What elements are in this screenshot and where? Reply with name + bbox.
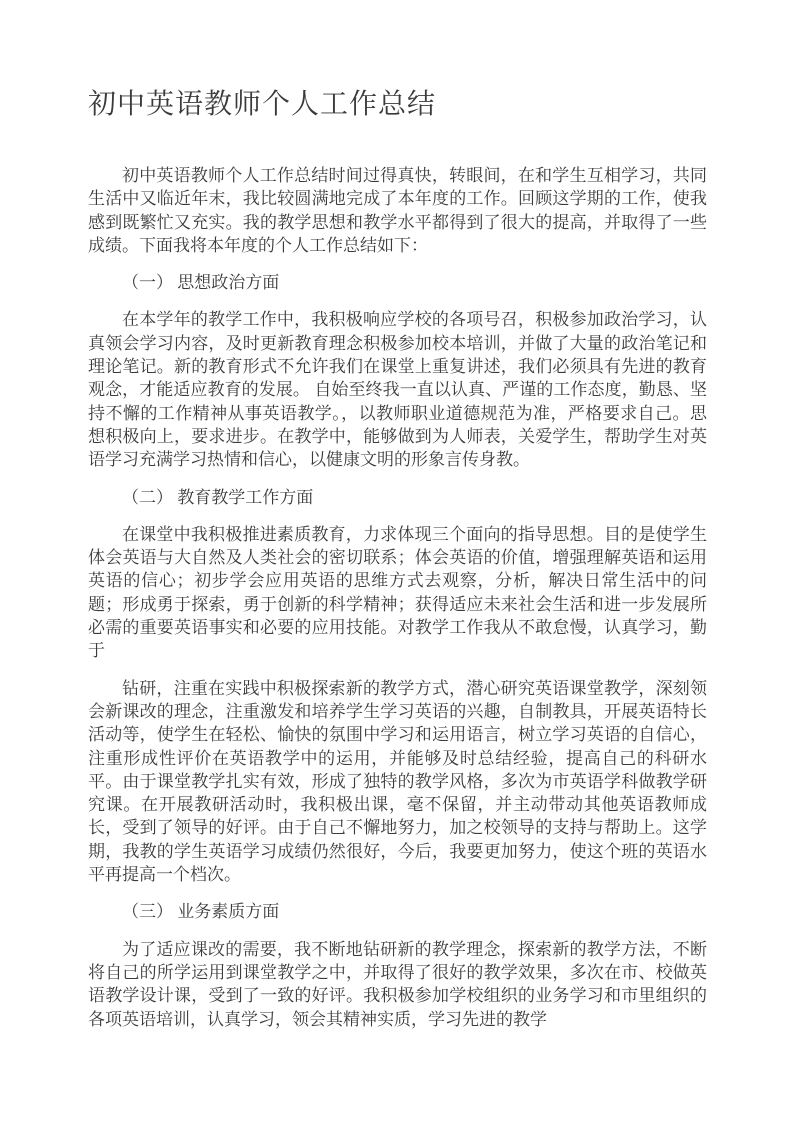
section-2-paragraph-1: 在课堂中我积极推进素质教育，力求体现三个面向的指导思想。目的是使学生体会英语与大… <box>88 523 707 663</box>
document-page: 初中英语教师个人工作总结 初中英语教师个人工作总结时间过得真快，转眼间，在和学生… <box>0 0 793 1122</box>
section-3-paragraph: 为了适应课改的需要，我不断地钻研新的教学理念，探索新的教学方法，不断将自己的所学… <box>88 938 707 1031</box>
section-heading-3: （三） 业务素质方面 <box>88 900 707 923</box>
section-1-paragraph: 在本学年的教学工作中，我积极响应学校的各项号召，积极参加政治学习，认真领会学习内… <box>88 308 707 471</box>
intro-paragraph: 初中英语教师个人工作总结时间过得真快，转眼间，在和学生互相学习，共同生活中又临近… <box>88 164 707 257</box>
section-2-paragraph-2: 钻研，注重在实践中积极探索新的教学方式，潜心研究英语课堂教学，深刻领会新课改的理… <box>88 677 707 887</box>
document-title: 初中英语教师个人工作总结 <box>88 88 707 122</box>
section-heading-1: （一） 思想政治方面 <box>88 271 707 294</box>
section-heading-2: （二） 教育教学工作方面 <box>88 486 707 509</box>
